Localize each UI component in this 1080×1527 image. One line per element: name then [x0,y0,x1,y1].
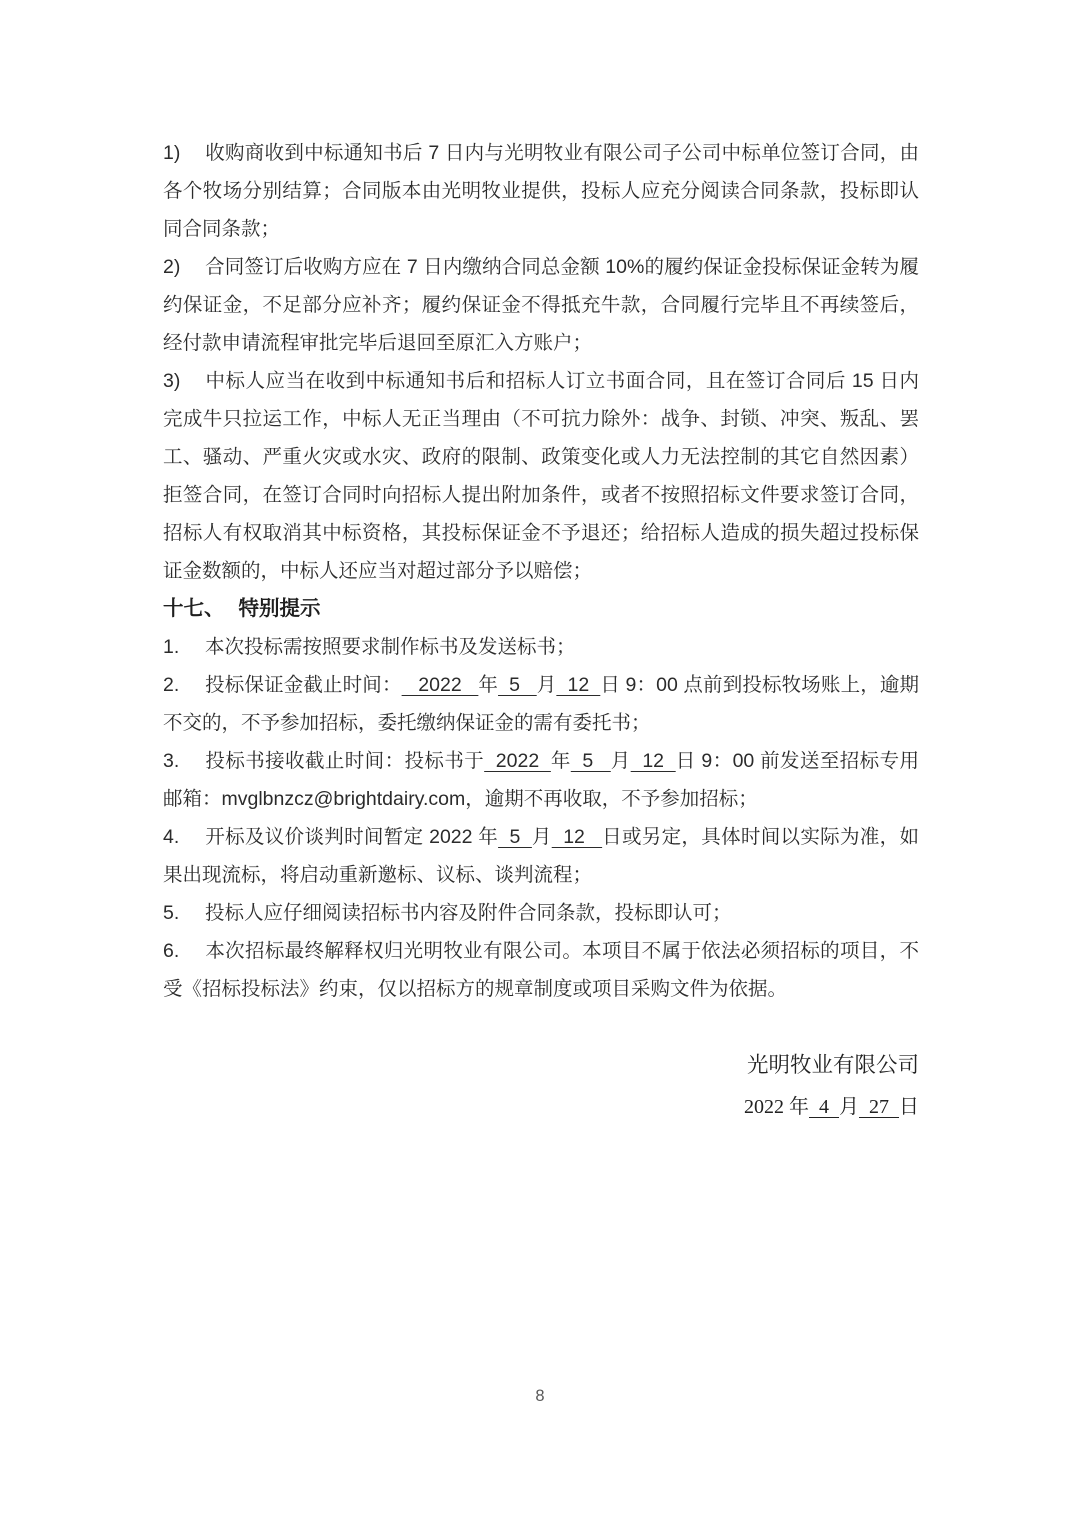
clause-marker: 3) [163,362,205,400]
item-marker: 5. [163,894,205,932]
clause-marker: 2) [163,248,205,286]
item-text: 投标保证金截止时间： [205,674,402,696]
special-item-3: 3.投标书接收截止时间：投标书于 2022 年 5 月 12 日 9：00 前发… [163,742,919,818]
item-marker: 6. [163,932,205,970]
item-text: 本次投标需按照要求制作标书及发送标书； [205,636,576,658]
special-item-5: 5.投标人应仔细阅读招标书内容及附件合同条款，投标即认可； [163,894,919,932]
clause-1: 1)收购商收到中标通知书后 7 日内与光明牧业有限公司子公司中标单位签订合同，由… [163,134,919,248]
document-page: 1)收购商收到中标通知书后 7 日内与光明牧业有限公司子公司中标单位签订合同，由… [0,0,1080,1527]
special-item-4: 4.开标及议价谈判时间暂定 2022 年 5 月 12 日或另定，具体时间以实际… [163,818,919,894]
blank-opening-day: 12 [552,826,602,848]
item-marker: 1. [163,628,205,666]
clause-3: 3)中标人应当在收到中标通知书后和招标人订立书面合同，且在签订合同后 15 日内… [163,362,919,590]
document-content: 1)收购商收到中标通知书后 7 日内与光明牧业有限公司子公司中标单位签订合同，由… [163,134,919,1126]
item-text: 年 [551,750,571,772]
item-text: 开标及议价谈判时间暂定 2022 年 [205,826,498,848]
special-item-1: 1.本次投标需按照要求制作标书及发送标书； [163,628,919,666]
blank-bidbook-month: 5 [571,750,611,772]
special-item-6: 6.本次招标最终解释权归光明牧业有限公司。本项目不属于依法必须招标的项目，不受《… [163,932,919,1008]
item-text: 年 [478,674,498,696]
item-text: 本次招标最终解释权归光明牧业有限公司。本项目不属于依法必须招标的项目，不受《招标… [163,940,919,1000]
blank-bidbook-year: 2022 [484,750,551,772]
clause-text: 收购商收到中标通知书后 7 日内与光明牧业有限公司子公司中标单位签订合同，由各个… [163,142,919,240]
section-number: 十七、 [163,597,225,620]
blank-date-month: 4 [809,1096,839,1118]
page-number: 8 [0,1385,1080,1407]
clause-2: 2)合同签订后收购方应在 7 日内缴纳合同总金额 10%的履约保证金投标保证金转… [163,248,919,362]
signature-company: 光明牧业有限公司 [163,1046,919,1084]
item-text: 投标人应仔细阅读招标书内容及附件合同条款，投标即认可； [205,902,732,924]
item-text: 月 [537,674,557,696]
special-item-2: 2.投标保证金截止时间： 2022 年 5 月 12 日 9：00 点前到投标牧… [163,666,919,742]
date-text: 日 [899,1096,919,1118]
signature-block: 光明牧业有限公司 2022 年 4 月 27 日 [163,1046,919,1126]
clause-marker: 1) [163,134,205,172]
blank-deposit-month: 5 [498,674,537,696]
clause-text: 合同签订后收购方应在 7 日内缴纳合同总金额 10%的履约保证金投标保证金转为履… [163,256,919,354]
section-heading: 十七、特别提示 [163,590,919,628]
item-text: 投标书接收截止时间：投标书于 [205,750,484,772]
blank-deposit-year: 2022 [402,674,479,696]
clause-text: 中标人应当在收到中标通知书后和招标人订立书面合同，且在签订合同后 15 日内完成… [163,370,919,582]
section-title: 特别提示 [239,597,321,620]
date-text: 2022 年 [744,1096,809,1118]
blank-date-day: 27 [859,1096,899,1118]
item-text: 月 [611,750,631,772]
blank-deposit-day: 12 [556,674,600,696]
date-text: 月 [839,1096,859,1118]
signature-date: 2022 年 4 月 27 日 [163,1088,919,1126]
item-marker: 4. [163,818,205,856]
item-marker: 3. [163,742,205,780]
blank-bidbook-day: 12 [631,750,676,772]
blank-opening-month: 5 [498,826,532,848]
item-text: 月 [532,826,552,848]
item-marker: 2. [163,666,205,704]
